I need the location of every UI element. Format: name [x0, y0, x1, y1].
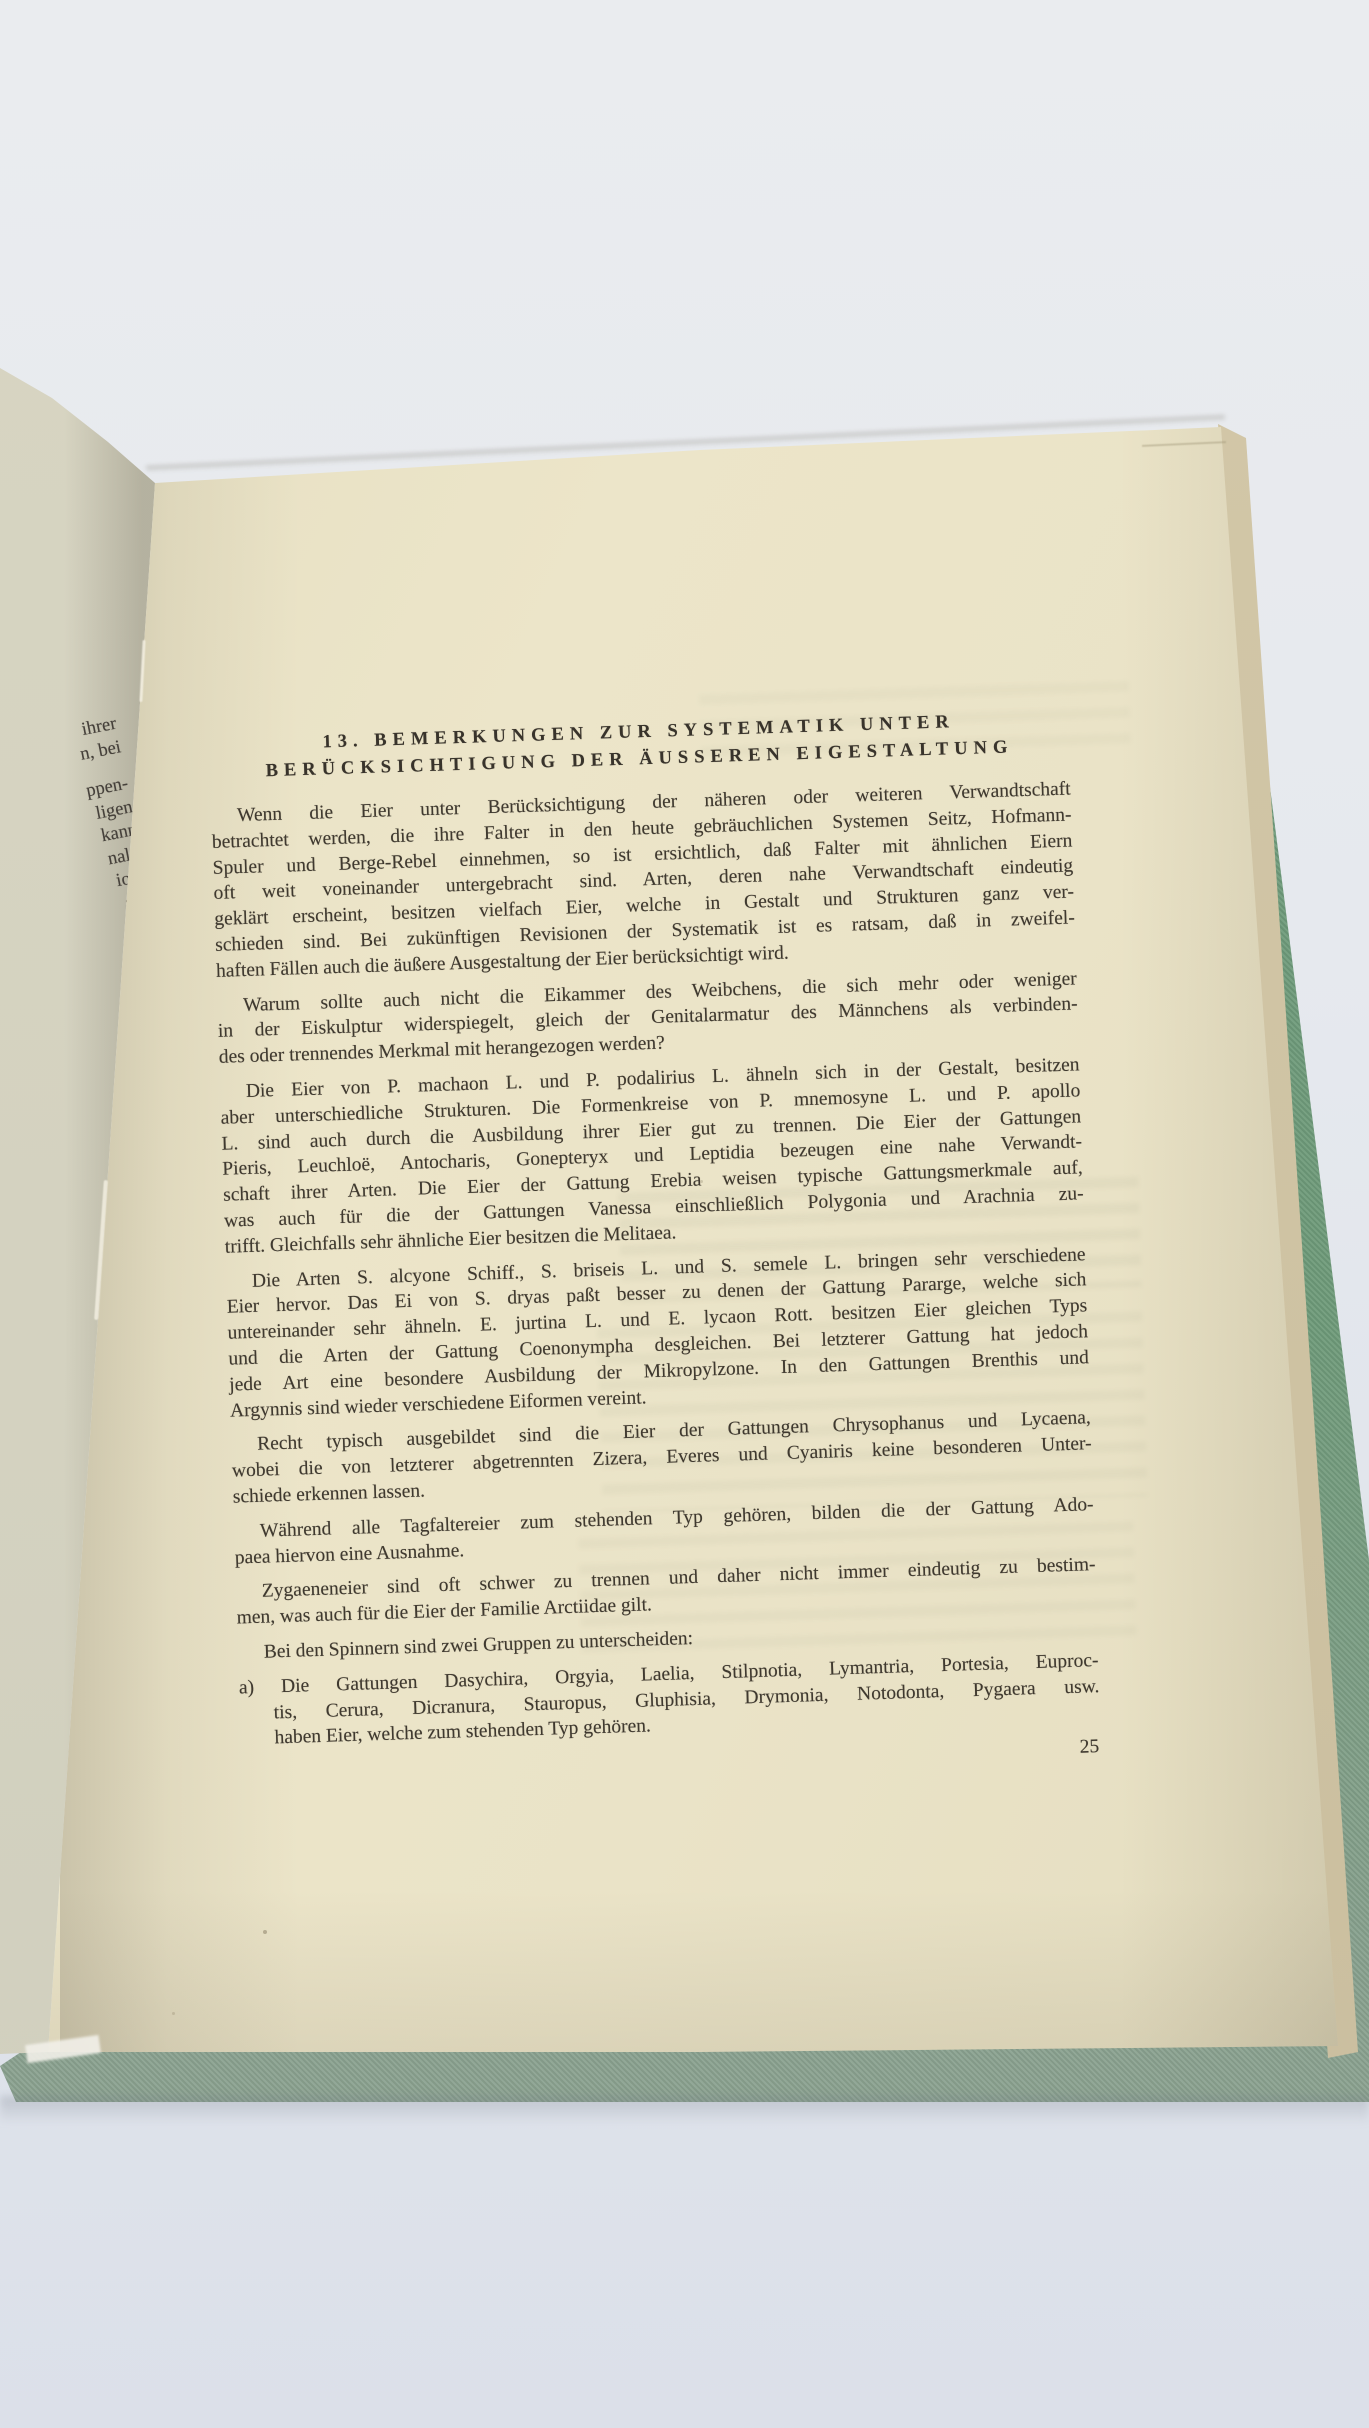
photo-backdrop: ihrern, beippen-ligenkannnali-ion-adezuc… [0, 0, 1369, 2428]
paper-speck [700, 1180, 703, 1183]
paper-speck [263, 1930, 267, 1934]
right-page-bottom-shadow [40, 1890, 1360, 2055]
book-cast-shadow [0, 2096, 1369, 2124]
paper-speck [172, 2012, 175, 2015]
page-text-block: 13. BEMERKUNGEN ZUR SYSTEMATIK UNTER BER… [208, 692, 1102, 1786]
paragraphs: Wenn die Eier unter Berücksichtigung der… [211, 777, 1101, 1753]
section-heading: 13. BEMERKUNGEN ZUR SYSTEMATIK UNTER BER… [208, 706, 1069, 787]
